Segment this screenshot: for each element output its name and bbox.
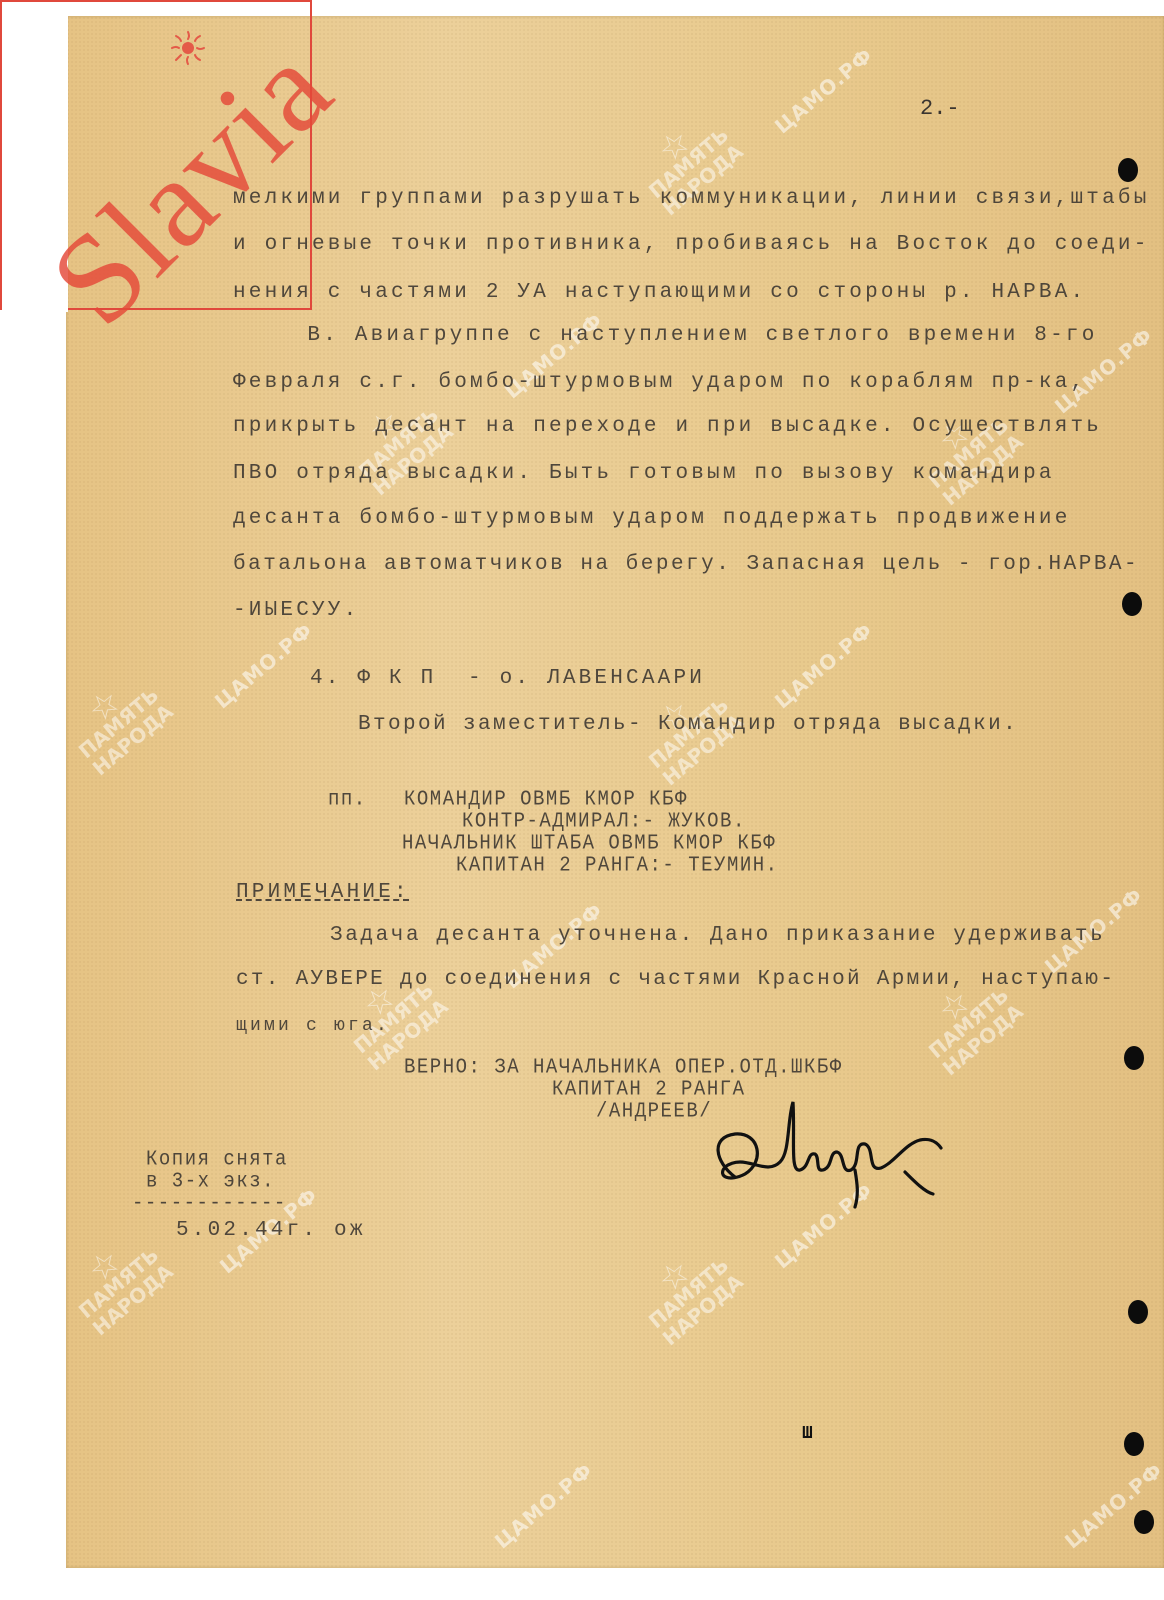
certification-line: /АНДРЕЕВ/	[596, 1101, 712, 1122]
body-line: мелкими группами разрушать коммуникации,…	[233, 188, 1150, 209]
note-heading: ПРИМЕЧАНИЕ:	[236, 882, 410, 903]
note-line: ст. АУВЕРЕ до соединения с частями Красн…	[236, 969, 1115, 990]
punch-hole	[1124, 1432, 1144, 1456]
signature-prefix: пп.	[328, 789, 367, 810]
body-line: В. Авиагруппе с наступлением светлого вр…	[260, 325, 1098, 346]
signature-line: КОНТР-АДМИРАЛ:- ЖУКОВ.	[462, 811, 746, 832]
sun-logo-icon	[170, 30, 206, 66]
punch-hole	[1128, 1300, 1148, 1324]
copy-note-line: в 3-х экз.	[146, 1171, 275, 1192]
copy-note-date: 5.02.44г. ож	[176, 1220, 366, 1241]
punch-hole	[1134, 1510, 1154, 1534]
signature-line: КАПИТАН 2 РАНГА:- ТЕУМИН.	[456, 855, 779, 876]
punch-hole	[1122, 592, 1142, 616]
body-line: батальона автоматчиков на берегу. Запасн…	[233, 554, 1139, 575]
body-line: десанта бомбо-штурмовым ударом поддержат…	[233, 508, 1071, 529]
body-line: нения с частями 2 УА наступающими со сто…	[233, 282, 1086, 303]
body-line: ПВО отряда высадки. Быть готовым по вызо…	[233, 463, 1055, 484]
body-line: -ИЫЕСУУ.	[233, 600, 359, 621]
body-line: прикрыть десант на переходе и при высадк…	[233, 416, 1102, 437]
copy-note-separator: ------------	[132, 1193, 287, 1214]
note-line: Задача десанта уточнена. Дано приказание…	[330, 925, 1105, 946]
certification-line: ВЕРНО: ЗА НАЧАЛЬНИКА ОПЕР.ОТД.ШКБФ	[404, 1057, 843, 1078]
signature-line: КОМАНДИР ОВМБ КМОР КБФ	[404, 789, 688, 810]
copy-note-line: Копия снята	[146, 1149, 288, 1170]
signature-line: НАЧАЛЬНИК ШТАБА ОВМБ КМОР КБФ	[402, 833, 776, 854]
handwritten-signature	[705, 1082, 950, 1217]
punch-hole	[1118, 158, 1138, 182]
archive-mark: Ш	[802, 1424, 813, 1444]
section-command-post: 4. Ф К П - о. ЛАВЕНСААРИ	[310, 668, 705, 689]
note-line: щими с юга.	[236, 1017, 390, 1035]
body-line: Февраля с.г. бомбо-штурмовым ударом по к…	[233, 372, 1086, 393]
deputy-line: Второй заместитель- Командир отряда выса…	[358, 714, 1018, 735]
body-line: и огневые точки противника, пробиваясь н…	[233, 234, 1150, 255]
page-number: 2.-	[920, 96, 960, 121]
punch-hole	[1124, 1046, 1144, 1070]
